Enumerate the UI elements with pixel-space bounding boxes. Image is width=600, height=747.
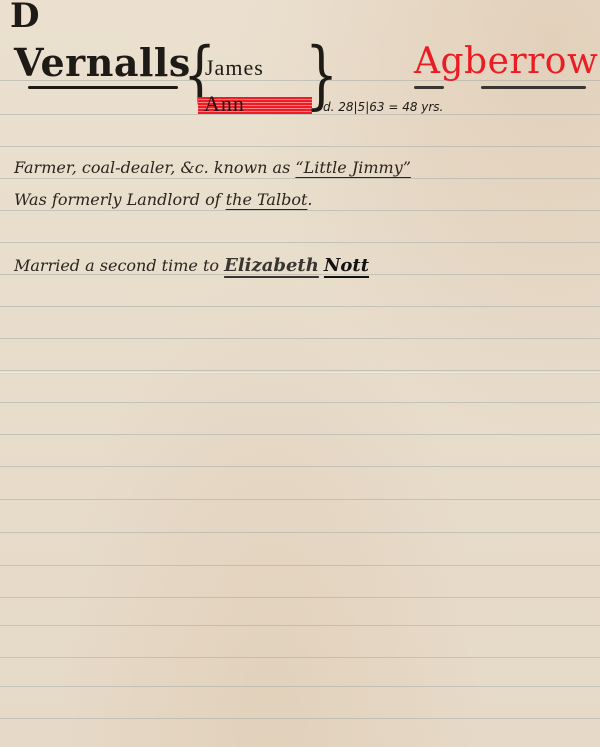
parish-underline bbox=[414, 86, 444, 89]
nickname: “Little Jimmy” bbox=[295, 158, 411, 177]
record-card: D Vernalls { James Ann } d. 28|5|63 = 48… bbox=[0, 0, 600, 747]
occupation-text: Farmer, coal-dealer, &c. known as bbox=[14, 158, 295, 177]
death-note: d. 28|5|63 = 48 yrs. bbox=[323, 99, 443, 115]
ruled-line bbox=[0, 210, 600, 211]
ruled-line bbox=[0, 565, 600, 566]
ruled-line bbox=[0, 434, 600, 435]
ruled-line bbox=[0, 466, 600, 467]
surname-underline bbox=[28, 86, 178, 89]
ruled-line bbox=[0, 242, 600, 243]
spouse-surname: Nott bbox=[324, 255, 369, 276]
ruled-line bbox=[0, 178, 600, 179]
ruled-line bbox=[0, 146, 600, 147]
ruled-line bbox=[0, 338, 600, 339]
parish-heading: Agberrow bbox=[414, 40, 598, 84]
ruled-line bbox=[0, 402, 600, 403]
ruled-line bbox=[0, 499, 600, 500]
landlord-text: Was formerly Landlord of bbox=[14, 190, 226, 209]
marriage-text: Married a second time to bbox=[14, 256, 224, 275]
ruled-line bbox=[0, 657, 600, 658]
surname-heading: Vernalls bbox=[14, 40, 191, 86]
ruled-line bbox=[0, 370, 600, 371]
fold-crease bbox=[0, 372, 600, 374]
parish-underline bbox=[481, 86, 586, 89]
ruled-line bbox=[0, 718, 600, 719]
given-name-ann: Ann bbox=[204, 91, 245, 117]
period: . bbox=[307, 190, 312, 209]
spouse-first-name: Elizabeth bbox=[224, 255, 319, 276]
ruled-line bbox=[0, 625, 600, 626]
note-landlord: Was formerly Landlord of the Talbot. bbox=[14, 190, 312, 210]
ruled-line bbox=[0, 306, 600, 307]
ruled-line bbox=[0, 532, 600, 533]
inn-name: the Talbot bbox=[226, 190, 308, 209]
ruled-line bbox=[0, 597, 600, 598]
given-name-james: James bbox=[205, 55, 264, 81]
ruled-line bbox=[0, 114, 600, 115]
note-marriage: Married a second time to Elizabeth Nott bbox=[14, 256, 369, 276]
note-occupation: Farmer, coal-dealer, &c. known as “Littl… bbox=[14, 158, 411, 178]
index-letter: D bbox=[10, 0, 39, 36]
ruled-line bbox=[0, 686, 600, 687]
